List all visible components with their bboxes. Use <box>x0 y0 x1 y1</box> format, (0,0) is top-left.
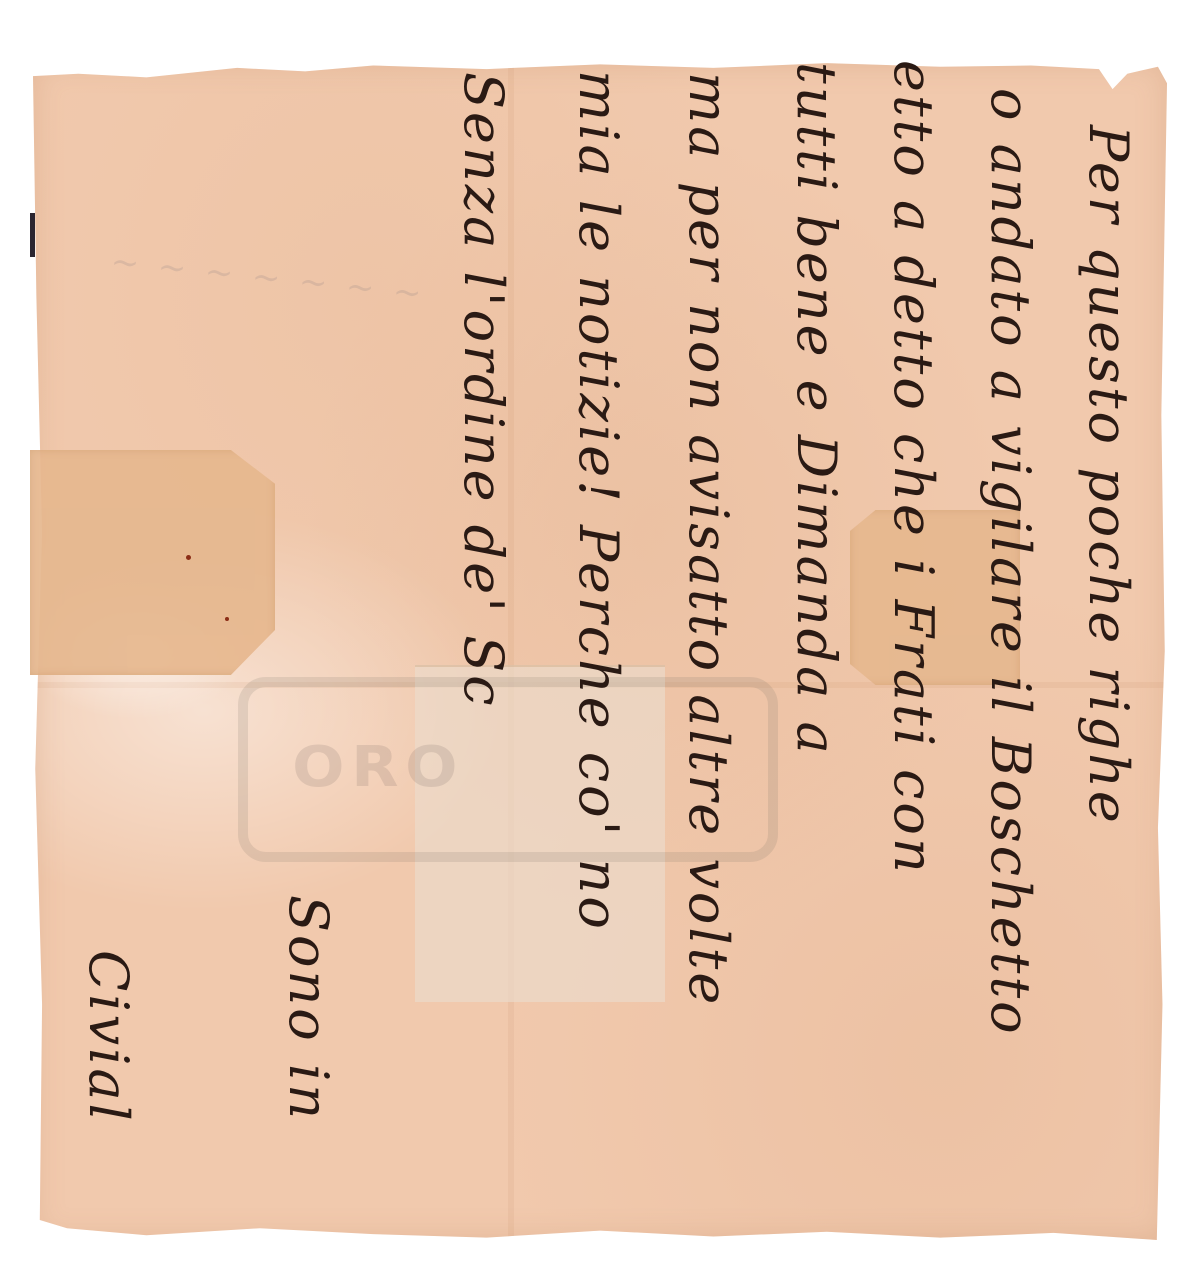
handwritten-line-1: Per questo poche righe <box>1077 125 1140 826</box>
handwritten-line-7: Senza l'ordine de' Sc <box>452 72 515 709</box>
foxing-spot <box>186 555 191 560</box>
handwritten-line-2: o andato a vigilare il Boschetto <box>979 88 1042 1037</box>
foxing-spot <box>225 617 229 621</box>
handwritten-line-3: etto a detto che i Frati con <box>882 60 945 876</box>
handwritten-line-6: mia le notizie! Perche co' no <box>567 70 630 932</box>
ink-edge-mark <box>30 213 35 257</box>
hinge-remnant-left <box>30 450 275 675</box>
handwritten-line-9: Civial <box>77 950 140 1124</box>
handwritten-line-5: ma per non avisatto altre volte <box>677 72 740 1007</box>
handwritten-line-4: tutti bene e Dimanda a <box>785 62 848 757</box>
postal-stamp-text: ORO <box>292 735 464 800</box>
handwritten-line-8: Sono in <box>277 895 340 1122</box>
